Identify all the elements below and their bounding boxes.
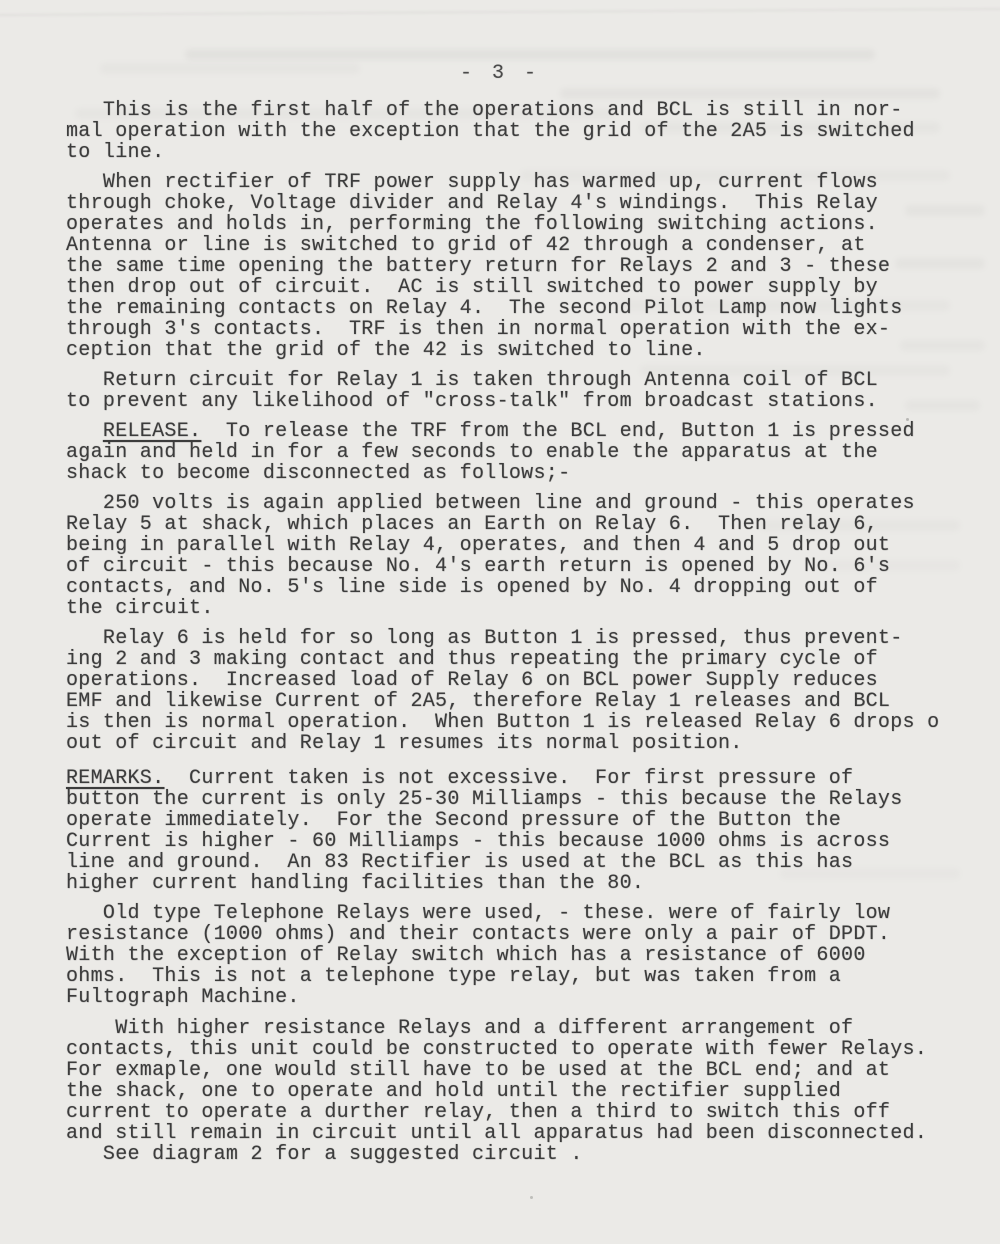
remarks-body: Current taken is not excessive. For firs… [66, 767, 903, 895]
paragraph-old-telephone-relays: Old type Telephone Relays were used, - t… [66, 903, 966, 1008]
remarks-heading: REMARKS. [66, 767, 164, 790]
bleedthrough-smudge [560, 88, 940, 99]
crease-line [0, 8, 1000, 16]
paragraph-relay6-hold: Relay 6 is held for so long as Button 1 … [66, 628, 966, 754]
paragraph-return-circuit: Return circuit for Relay 1 is taken thro… [66, 370, 966, 412]
page-body: This is the first half of the operations… [66, 100, 966, 1165]
bleedthrough-smudge [185, 49, 875, 60]
page-number: - 3 - [0, 62, 1000, 85]
ink-speck [530, 1196, 533, 1199]
release-indent [66, 420, 103, 443]
paragraph-release: RELEASE. To release the TRF from the BCL… [66, 421, 966, 484]
paragraph-first-half-operations: This is the first half of the operations… [66, 100, 966, 163]
paragraph-higher-resistance: With higher resistance Relays and a diff… [66, 1018, 966, 1144]
paragraph-see-diagram: See diagram 2 for a suggested circuit . [66, 1144, 966, 1165]
paragraph-250-volts: 250 volts is again applied between line … [66, 493, 966, 619]
paragraph-rectifier-warmup: When rectifier of TRF power supply has w… [66, 172, 966, 361]
paragraph-remarks: REMARKS. Current taken is not excessive.… [66, 768, 966, 894]
typewritten-page: - 3 - This is the first half of the oper… [0, 0, 1000, 1244]
release-heading: RELEASE. [103, 420, 201, 443]
